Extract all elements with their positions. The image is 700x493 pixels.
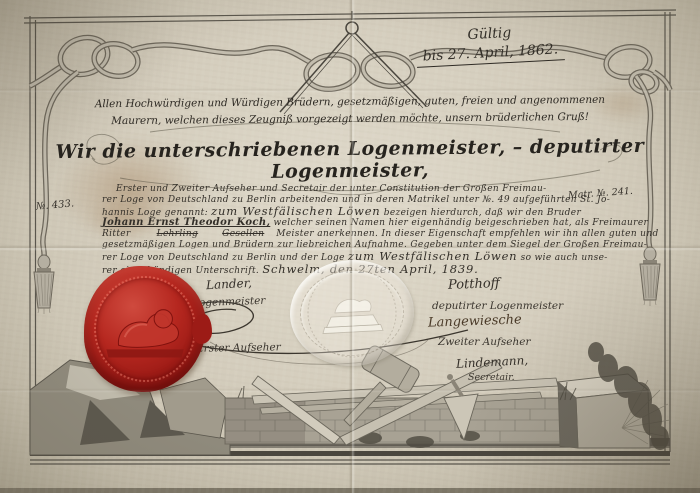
body-line: Erster und Zweiter Aufseher und Secretai…	[102, 184, 604, 195]
body-segment: Meister anerkennen. In dieser Eigenschaf…	[276, 229, 658, 239]
body-line: RitterLehrlingGesellenMeister anerkennen…	[102, 229, 604, 240]
office-label-zweiter-aufseher: Zweiter Aufseher	[438, 336, 530, 348]
office-label-deputirter-logenmeister: deputirter Logenmeister	[432, 300, 563, 312]
signature-deputirter-logenmeister: Potthoff	[448, 276, 500, 293]
red-wax-seal	[84, 266, 206, 392]
struck-word: Lehrling	[157, 229, 199, 239]
document-headline: Wir die unterschriebenen Logenmeister, –…	[50, 135, 650, 185]
body-segment: bezeigen hierdurch, daß wir den Bruder	[381, 208, 582, 218]
body-segment: Ritter	[102, 229, 131, 239]
body-segment: welcher seinen Namen hier eigenhändig be…	[270, 218, 648, 228]
body-segment: Johann Ernst Theodor Koch,	[102, 217, 270, 228]
body-segment: zum Westfälischen Löwen	[211, 204, 380, 218]
embossed-lion-pedestal-icon	[287, 257, 416, 369]
right-tassel-icon	[640, 247, 660, 306]
body-line: Johann Ernst Theodor Koch, welcher seine…	[102, 218, 604, 229]
signature-logenmeister: Lander,	[206, 276, 253, 292]
wax-lion-icon	[84, 266, 206, 392]
office-label-erster-aufseher: Erster Aufseher	[196, 341, 281, 354]
office-label-secretair: Secretair.	[468, 372, 515, 383]
salutation: Allen Hochwürdigen und Würdigen Brüdern,…	[58, 91, 642, 130]
body-segment: so wie auch unse-	[517, 253, 607, 263]
left-tassel-icon	[34, 255, 54, 314]
photographed-certificate: Gültig bis 27. April, 1862. Allen Hochwü…	[0, 0, 700, 493]
embossed-seal	[287, 257, 416, 369]
body-segment: Erster und Zweiter Aufseher und Secretai…	[116, 184, 547, 194]
struck-word: Gesellen	[222, 229, 264, 239]
body-segment: hannis Loge genannt:	[102, 208, 211, 218]
